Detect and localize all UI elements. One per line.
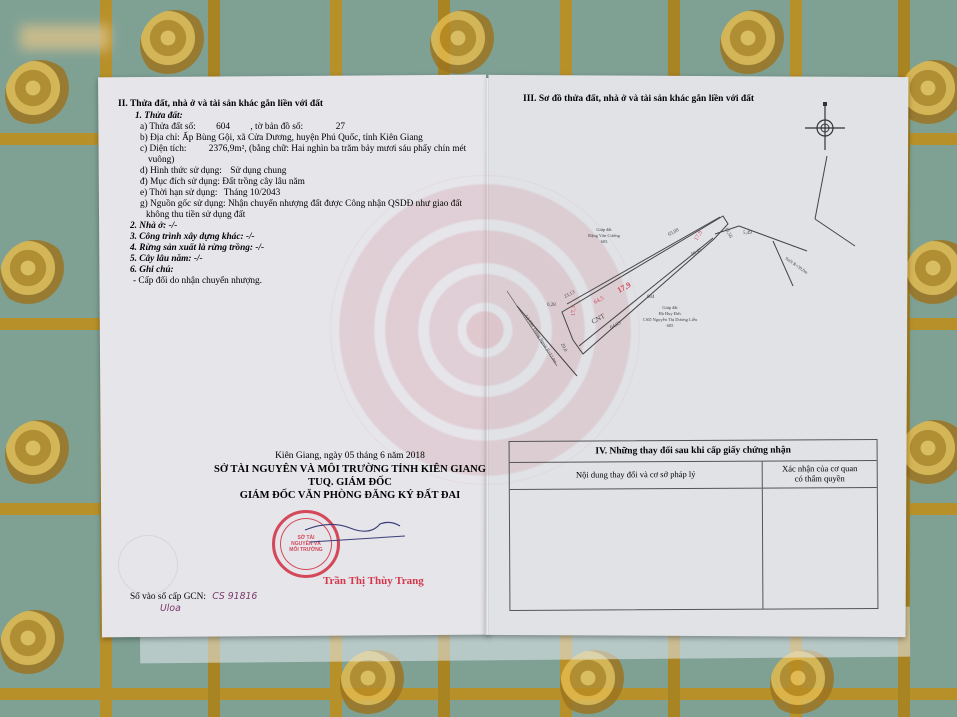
map-sheet-number: 27 (305, 122, 375, 134)
compass-icon (805, 102, 845, 150)
flower-pattern (905, 240, 957, 310)
construction-value: -/- (246, 232, 255, 242)
parcel-label: a) Thửa đất số: (140, 122, 196, 132)
area-continuation: vuông) (148, 155, 174, 167)
flower-pattern (900, 420, 957, 490)
notes-text: - Cấp đổi do nhận chuyển nhượng. (133, 276, 262, 288)
house-value: -/- (169, 221, 178, 231)
svg-text:17,9: 17,9 (616, 280, 633, 295)
notes-heading: 6. Ghi chú: (130, 265, 174, 277)
purpose-row: đ) Mục đích sử dụng: Đất trồng cây lâu n… (140, 177, 305, 189)
signature-block: Kiên Giang, ngày 05 tháng 6 năm 2018 SỞ … (205, 450, 495, 502)
col-change-content: Nội dung thay đổi và cơ sở pháp lý (510, 462, 763, 489)
svg-text:Giáp đất: Giáp đất (662, 305, 678, 310)
handwritten-signature (300, 510, 410, 550)
construction-label: 3. Công trình xây dựng khác: (130, 232, 244, 242)
term-row: e) Thời hạn sử dụng: Tháng 10/2043 (140, 188, 280, 200)
register-label: Số vào sổ cấp GCN: (130, 592, 206, 602)
svg-text:Giáp đất: Giáp đất (596, 227, 612, 232)
area-value: 2376,9m², (bằng chữ: Hai nghìn ba trăm b… (209, 144, 466, 154)
house-label: 2. Nhà ở: (130, 221, 166, 231)
forest-row: 4. Rừng sản xuất là rừng trồng: -/- (130, 243, 264, 255)
origin-value: Nhận chuyển nhượng đất được Công nhận QS… (228, 199, 462, 209)
perennial-value: -/- (194, 254, 203, 264)
parcel-row: a) Thửa đất số: 604 , tờ bản đồ số: 27 (140, 122, 375, 134)
address-row: b) Địa chỉ: Ấp Bùng Gội, xã Cửa Dương, h… (140, 133, 423, 145)
changes-table-body (510, 488, 878, 610)
forest-value: -/- (255, 243, 264, 253)
road-west-label: Lộ Cây Thông Ngoài R=12,0m (523, 314, 558, 365)
svg-text:56,45: 56,45 (691, 248, 704, 258)
svg-text:23,13: 23,13 (564, 290, 577, 300)
flower-pattern (720, 10, 790, 80)
origin-label: g) Nguồn gốc sử dụng: (140, 199, 226, 209)
parcel-number: 604 (198, 122, 248, 134)
land-heading: 1. Thửa đất: (135, 111, 183, 123)
svg-text:64,5: 64,5 (593, 296, 605, 306)
term-value: Tháng 10/2043 (224, 188, 281, 198)
signer-title: GIÁM ĐỐC VĂN PHÒNG ĐĂNG KÝ ĐẤT ĐAI (205, 489, 495, 502)
svg-text:Hà Huy Đức: Hà Huy Đức (659, 311, 682, 316)
purpose-value: Đất trồng cây lâu năm (222, 177, 305, 187)
purpose-label: đ) Mục đích sử dụng: (140, 177, 220, 187)
blurred-watermark (20, 25, 110, 50)
area-row: c) Diện tích: 2376,9m², (bằng chữ: Hai n… (140, 144, 466, 156)
svg-text:17,1: 17,1 (571, 306, 577, 317)
register-number: CS 91816 (212, 591, 257, 602)
section-ii-title: II. Thửa đất, nhà ở và tài sản khác gắn … (118, 99, 323, 111)
national-emblem-watermark (118, 535, 178, 595)
flower-pattern (0, 610, 70, 680)
flower-pattern (5, 420, 75, 490)
svg-text:5,49: 5,49 (743, 231, 752, 236)
svg-text:CSD Nguyễn Thị Dương Liễu: CSD Nguyễn Thị Dương Liễu (643, 317, 698, 322)
address-label: b) Địa chỉ: (140, 133, 180, 143)
flower-pattern (900, 60, 957, 130)
col-authority-line2: có thẩm quyền (763, 473, 877, 484)
flower-pattern (560, 650, 630, 717)
svg-text:20,0: 20,0 (559, 343, 567, 353)
authority-cell (763, 488, 878, 609)
perennial-row: 5. Cây lâu năm: -/- (130, 254, 203, 266)
signer-name: Trần Thị Thùy Trang (323, 575, 424, 587)
flower-pattern (0, 240, 70, 310)
svg-text:64,63: 64,63 (610, 321, 623, 331)
use-form-value: Sử dụng chung (230, 166, 286, 176)
parcel-diagram: 64,5 17,9 17,1 17,9 65,08 16,56 5,49 56,… (487, 76, 907, 426)
house-row: 2. Nhà ở: -/- (130, 221, 177, 233)
register-row: Số vào sổ cấp GCN: CS 91816 (130, 591, 257, 604)
flower-pattern (770, 650, 840, 717)
issue-date: Kiên Giang, ngày 05 tháng 6 năm 2018 (205, 450, 495, 463)
changes-table: IV. Những thay đổi sau khi cấp giấy chứn… (509, 439, 879, 611)
changes-table-title: IV. Những thay đổi sau khi cấp giấy chứn… (510, 440, 877, 463)
svg-text:Đặng Văn Cường: Đặng Văn Cường (588, 233, 620, 238)
col-authority-line1: Xác nhận của cơ quan (763, 463, 877, 474)
map-sheet-label: , tờ bản đồ số: (250, 122, 303, 132)
parcel-label-on-map: 604 (647, 295, 655, 300)
svg-text:605: 605 (667, 323, 675, 328)
address-value: Ấp Bùng Gội, xã Cửa Dương, huyện Phú Quố… (182, 133, 423, 143)
svg-text:0,28: 0,28 (547, 303, 556, 308)
term-label: e) Thời hạn sử dụng: (140, 188, 217, 198)
col-authority-confirmation: Xác nhận của cơ quan có thẩm quyền (763, 461, 877, 488)
area-label: c) Diện tích: (140, 144, 186, 154)
neighbor-north-label: Giáp đất Đặng Văn Cường 603 (588, 227, 620, 244)
authorization-line: TUQ. GIÁM ĐỐC (205, 476, 495, 489)
register-initials: Uloa (160, 603, 181, 615)
use-form-label: d) Hình thức sử dụng: (140, 166, 222, 176)
svg-text:65,08: 65,08 (668, 228, 681, 238)
svg-text:603: 603 (601, 239, 609, 244)
neighbor-south-label: Giáp đất Hà Huy Đức CSD Nguyễn Thị Dương… (643, 305, 698, 328)
flower-pattern (140, 10, 210, 80)
land-use-code: CNT (590, 312, 607, 326)
use-form-row: d) Hình thức sử dụng: Sử dụng chung (140, 166, 286, 178)
change-content-cell (510, 489, 764, 610)
forest-label: 4. Rừng sản xuất là rừng trồng: (130, 243, 253, 253)
perennial-label: 5. Cây lâu năm: (130, 254, 191, 264)
origin-row: g) Nguồn gốc sử dụng: Nhận chuyển nhượng… (140, 199, 462, 211)
flower-pattern (430, 10, 500, 80)
issuing-org: SỞ TÀI NGUYÊN VÀ MÔI TRƯỜNG TỈNH KIÊN GI… (205, 463, 495, 476)
flower-pattern (5, 60, 75, 130)
changes-table-header: Nội dung thay đổi và cơ sở pháp lý Xác n… (510, 461, 877, 490)
construction-row: 3. Công trình xây dựng khác: -/- (130, 232, 255, 244)
origin-continuation: không thu tiền sử dụng đất (146, 210, 245, 222)
